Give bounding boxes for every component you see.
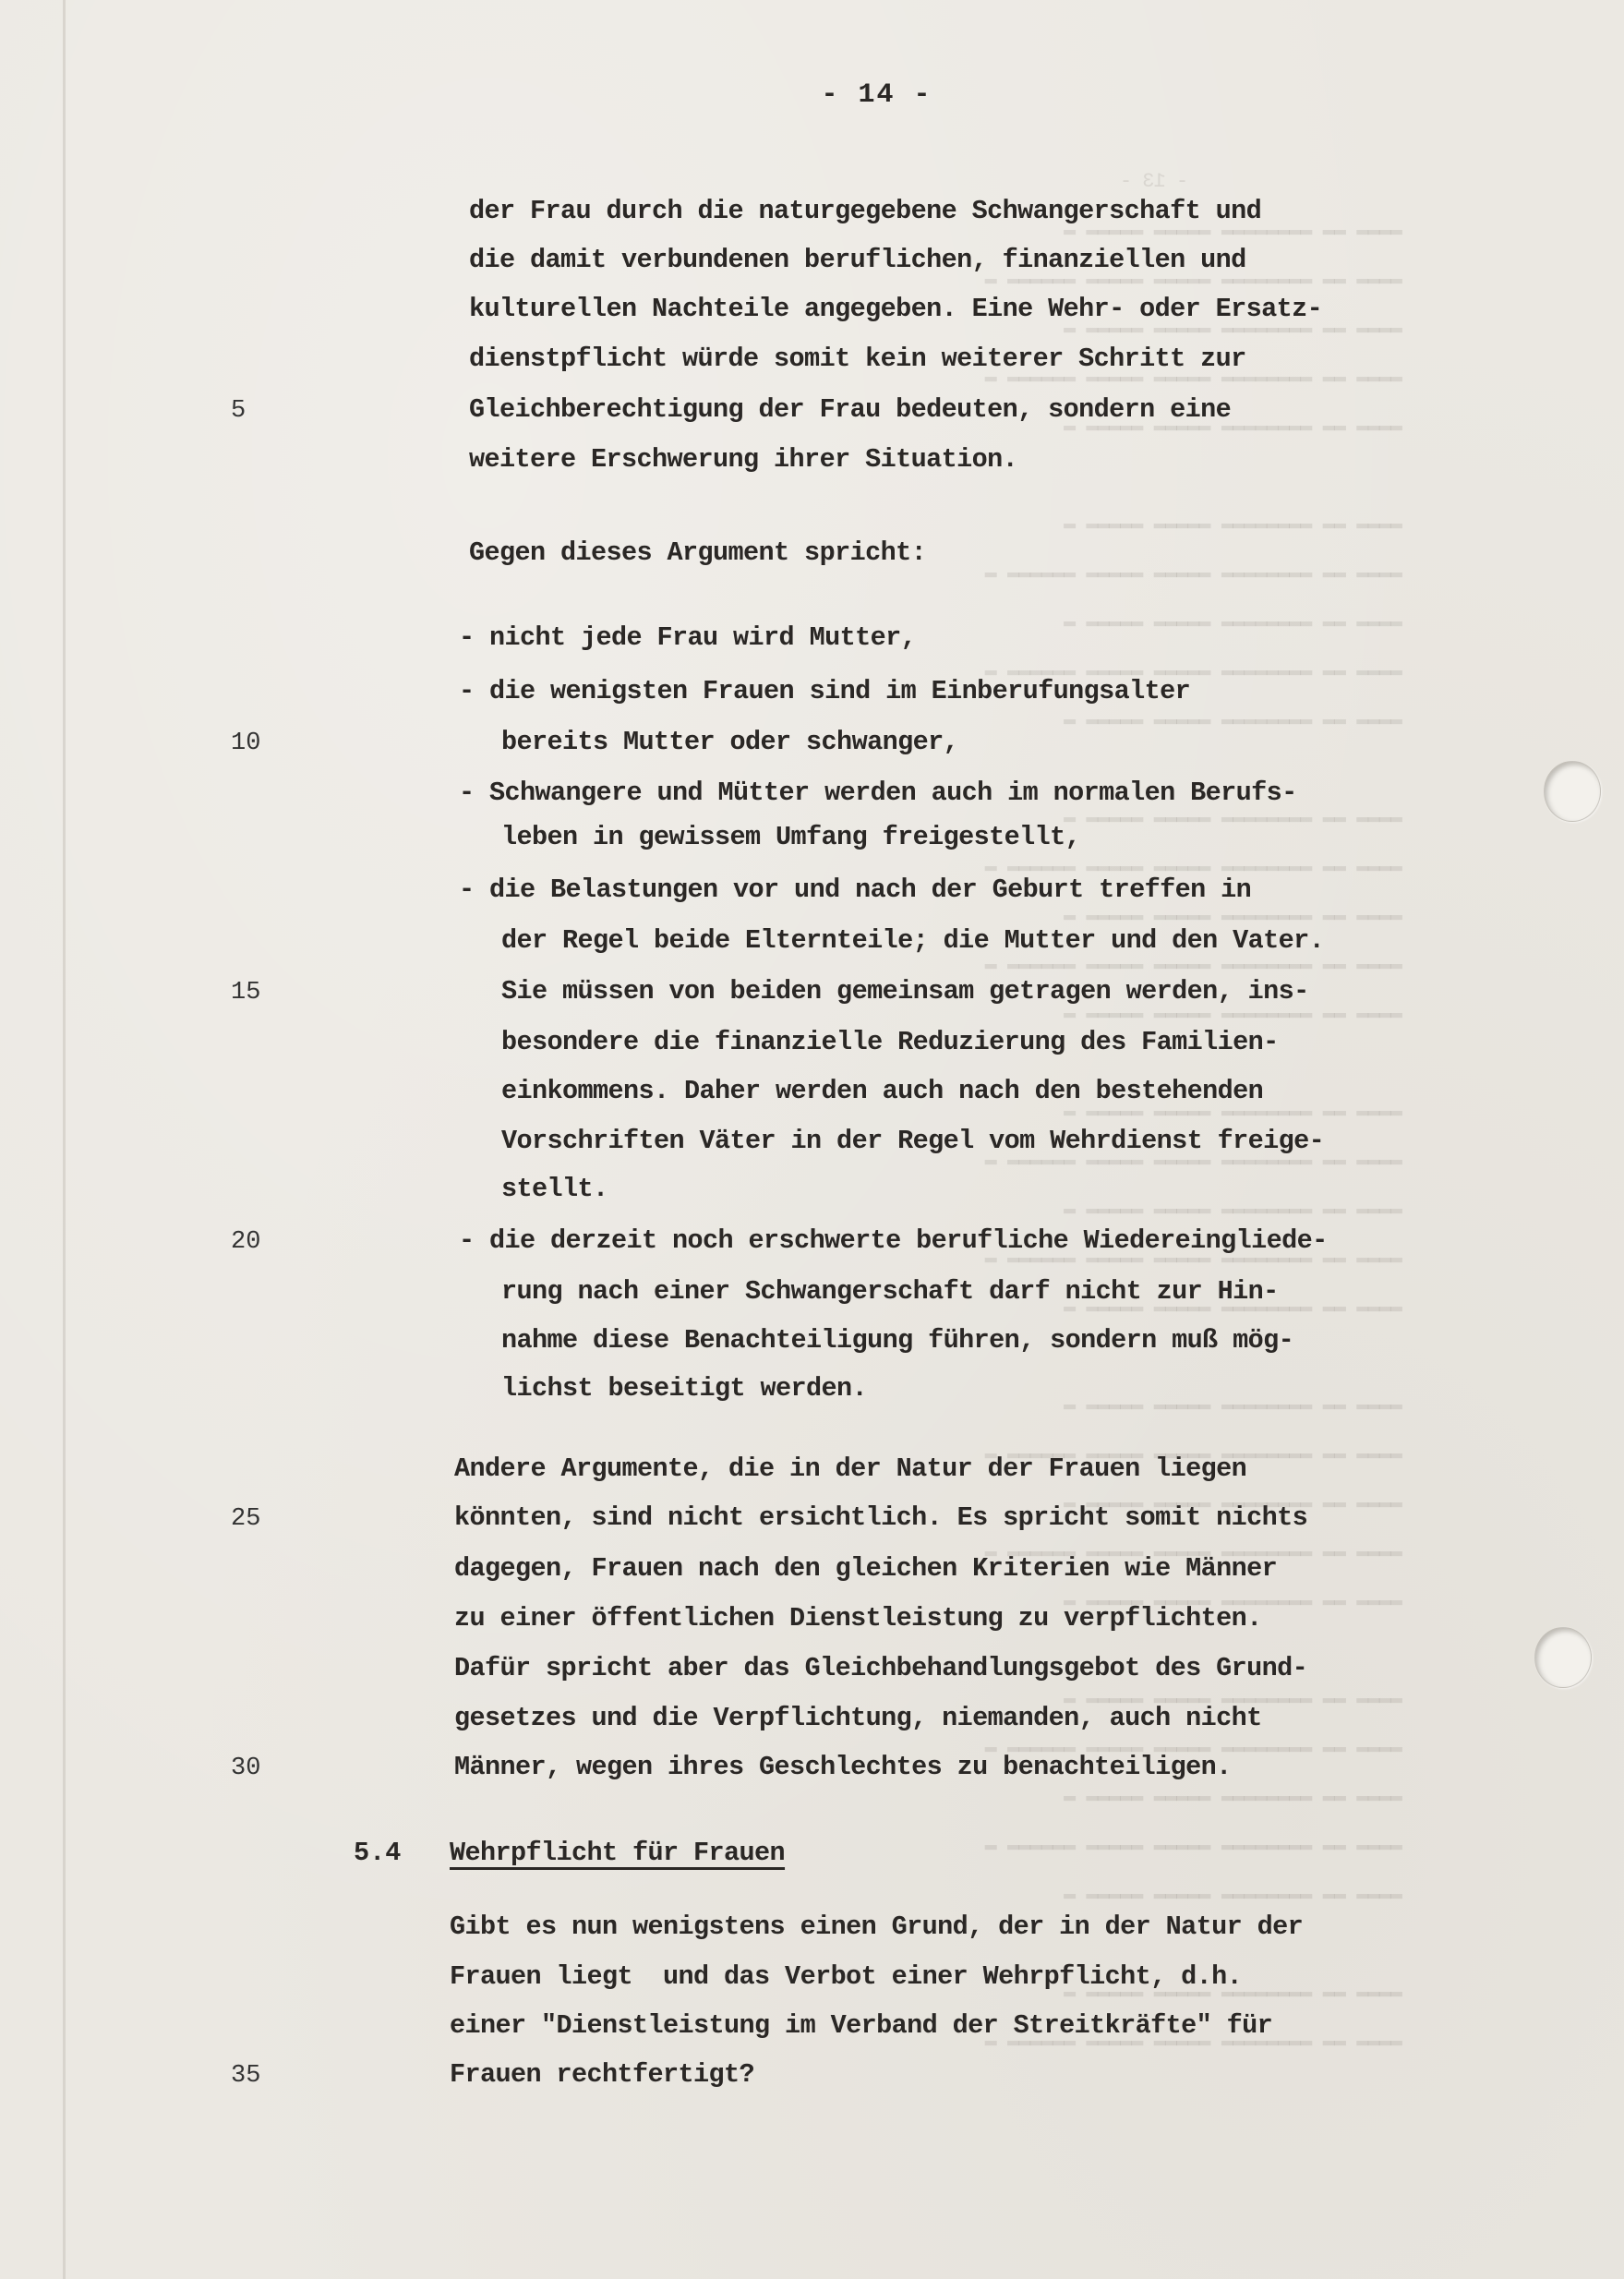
text-line: Dafür spricht aber das Gleichbehandlungs… xyxy=(454,1656,1307,1682)
text-line: zu einer öffentlichen Dienstleistung zu … xyxy=(454,1606,1262,1633)
text-line: nahme diese Benachteiligung führen, sond… xyxy=(501,1328,1293,1355)
text-line: dienstpflicht würde somit kein weiterer … xyxy=(469,346,1246,373)
text-line: - die derzeit noch erschwerte berufliche… xyxy=(459,1228,1328,1255)
text-line: Gibt es nun wenigstens einen Grund, der … xyxy=(450,1914,1303,1941)
text-line: kulturellen Nachteile angegeben. Eine We… xyxy=(469,296,1322,323)
text-line: rung nach einer Schwangerschaft darf nic… xyxy=(501,1279,1279,1306)
text-line: - nicht jede Frau wird Mutter, xyxy=(459,625,916,652)
text-line: dagegen, Frauen nach den gleichen Kriter… xyxy=(454,1556,1277,1583)
text-line: einkommens. Daher werden auch nach den b… xyxy=(501,1079,1263,1105)
text-line: Vorschriften Väter in der Regel vom Wehr… xyxy=(501,1128,1324,1155)
text-line: die damit verbundenen beruflichen, finan… xyxy=(469,247,1246,274)
text-line: einer "Dienstleistung im Verband der Str… xyxy=(450,2013,1272,2040)
punch-hole-icon xyxy=(1534,1627,1592,1688)
text-line: Männer, wegen ihres Geschlechtes zu bena… xyxy=(454,1754,1232,1781)
text-line: weitere Erschwerung ihrer Situation. xyxy=(469,447,1017,474)
binding-edge xyxy=(63,0,66,2279)
text-line: bereits Mutter oder schwanger, xyxy=(501,730,958,756)
text-line: der Frau durch die naturgegebene Schwang… xyxy=(469,199,1261,225)
text-line: der Regel beide Elternteile; die Mutter … xyxy=(501,928,1324,955)
line-number: 30 xyxy=(231,1756,260,1781)
text-line: - Schwangere und Mütter werden auch im n… xyxy=(459,780,1297,807)
text-line: leben in gewissem Umfang freigestellt, xyxy=(501,825,1080,851)
line-number: 20 xyxy=(231,1230,260,1255)
line-number: 25 xyxy=(231,1507,260,1532)
line-number: 35 xyxy=(231,2064,260,2089)
section-title: Wehrpflicht für Frauen xyxy=(450,1838,785,1868)
section-number: 5.4 xyxy=(354,1838,401,1868)
text-line: gesetzes und die Verpflichtung, niemande… xyxy=(454,1706,1262,1732)
page-number: - 14 - xyxy=(0,79,1624,111)
text-line: - die Belastungen vor und nach der Gebur… xyxy=(459,877,1251,904)
text-line: Sie müssen von beiden gemeinsam getragen… xyxy=(501,979,1309,1006)
text-line: Frauen rechtfertigt? xyxy=(450,2062,754,2089)
text-line: Frauen liegt und das Verbot einer Wehrpf… xyxy=(450,1964,1242,1991)
text-line: besondere die finanzielle Reduzierung de… xyxy=(501,1030,1279,1056)
line-number: 15 xyxy=(231,981,260,1006)
text-line: stellt. xyxy=(501,1176,608,1203)
text-line: Gleichberechtigung der Frau bedeuten, so… xyxy=(469,397,1231,424)
text-line: - die wenigsten Frauen sind im Einberufu… xyxy=(459,679,1190,705)
text-line: lichst beseitigt werden. xyxy=(501,1376,867,1403)
text-line: Gegen dieses Argument spricht: xyxy=(469,540,926,567)
text-line: könnten, sind nicht ersichtlich. Es spri… xyxy=(454,1505,1307,1532)
punch-hole-icon xyxy=(1544,761,1601,822)
text-line: Andere Argumente, die in der Natur der F… xyxy=(454,1456,1246,1483)
line-number: 5 xyxy=(231,399,246,424)
line-number: 10 xyxy=(231,731,260,756)
